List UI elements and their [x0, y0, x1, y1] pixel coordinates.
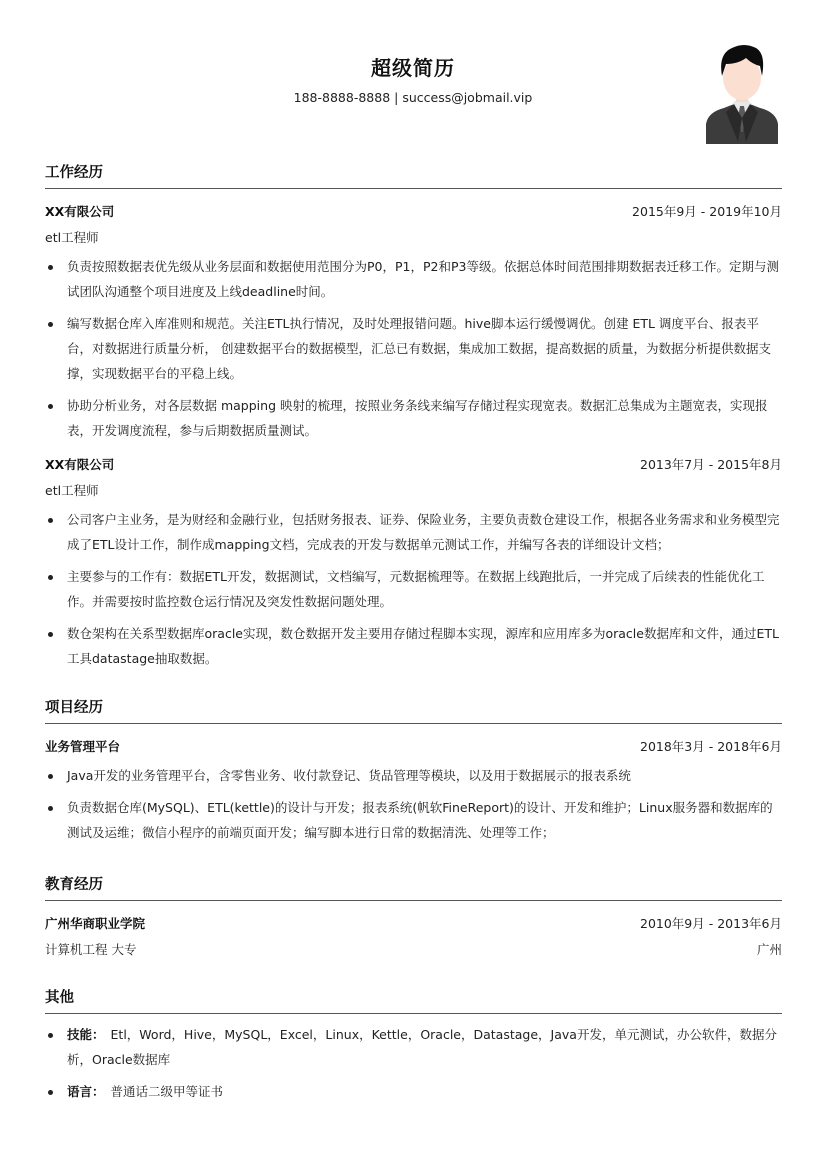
bullet-item: 协助分析业务，对各层数据 mapping 映射的梳理，按照业务条线来编写存储过程…: [45, 393, 782, 443]
section-title: 教育经历: [45, 874, 782, 900]
date-range: 2015年9月 - 2019年10月: [632, 202, 782, 220]
section-projects: 项目经历 业务管理平台 2018年3月 - 2018年6月 Java开发的业务管…: [45, 697, 782, 852]
work-entry: XX有限公司 2015年9月 - 2019年10月 etl工程师 负责按照数据表…: [45, 197, 782, 443]
bullet-item: 公司客户主业务，是为财经和金融行业，包括财务报表、证券、保险业务，主要负责数仓建…: [45, 507, 782, 557]
section-work-experience: 工作经历 XX有限公司 2015年9月 - 2019年10月 etl工程师 负责…: [45, 162, 782, 450]
education-entry: 广州华商职业学院 2010年9月 - 2013年6月 计算机工程 大专 广州: [45, 909, 782, 962]
job-role: etl工程师: [45, 481, 99, 499]
date-range: 2013年7月 - 2015年8月: [640, 455, 782, 473]
job-role: etl工程师: [45, 228, 99, 246]
person-avatar-icon: [702, 42, 782, 144]
skills-text: Etl，Word，Hive，MySQL，Excel，Linux，Kettle，O…: [67, 1027, 777, 1067]
bullet-item: 主要参与的工作有：数据ETL开发，数据测试，文档编写，元数据梳理等。在数据上线跑…: [45, 564, 782, 614]
section-other: 其他 技能：Etl，Word，Hive，MySQL，Excel，Linux，Ke…: [45, 987, 782, 1111]
skills-label: 技能：: [67, 1027, 105, 1042]
company-name: XX有限公司: [45, 202, 114, 220]
school-location: 广州: [757, 940, 782, 958]
work-entry: XX有限公司 2013年7月 - 2015年8月 etl工程师 公司客户主业务，…: [45, 450, 782, 678]
bullet-item: 负责数据仓库(MySQL)、ETL(kettle)的设计与开发；报表系统(帆软F…: [45, 795, 782, 845]
project-entry: 业务管理平台 2018年3月 - 2018年6月 Java开发的业务管理平台，含…: [45, 732, 782, 845]
date-range: 2010年9月 - 2013年6月: [640, 914, 782, 932]
section-divider: [45, 188, 782, 189]
section-title: 工作经历: [45, 162, 782, 188]
language-label: 语言：: [67, 1084, 105, 1099]
section-education: 教育经历 广州华商职业学院 2010年9月 - 2013年6月 计算机工程 大专…: [45, 874, 782, 962]
major-degree: 计算机工程 大专: [45, 940, 136, 958]
skills-item: 技能：Etl，Word，Hive，MySQL，Excel，Linux，Kettl…: [45, 1022, 782, 1072]
bullet-item: Java开发的业务管理平台，含零售业务、收付款登记、货品管理等模块，以及用于数据…: [45, 763, 782, 788]
language-item: 语言：普通话二级甲等证书: [45, 1079, 782, 1104]
section-title: 其他: [45, 987, 782, 1013]
date-range: 2018年3月 - 2018年6月: [640, 737, 782, 755]
section-title: 项目经历: [45, 697, 782, 723]
section-divider: [45, 900, 782, 901]
language-text: 普通话二级甲等证书: [111, 1084, 224, 1099]
resume-header: 超级简历 188-8888-8888 | success@jobmail.vip: [0, 0, 826, 150]
section-divider: [45, 723, 782, 724]
bullet-item: 负责按照数据表优先级从业务层面和数据使用范围分为P0，P1，P2和P3等级。依据…: [45, 254, 782, 304]
bullet-item: 数仓架构在关系型数据库oracle实现，数仓数据开发主要用存储过程脚本实现，源库…: [45, 621, 782, 671]
company-name: XX有限公司: [45, 455, 114, 473]
bullet-item: 编写数据仓库入库准则和规范。关注ETL执行情况，及时处理报错问题。hive脚本运…: [45, 311, 782, 386]
school-name: 广州华商职业学院: [45, 914, 145, 932]
section-divider: [45, 1013, 782, 1014]
project-name: 业务管理平台: [45, 737, 120, 755]
resume-page: 超级简历 188-8888-8888 | success@jobmail.vip: [0, 0, 826, 1169]
